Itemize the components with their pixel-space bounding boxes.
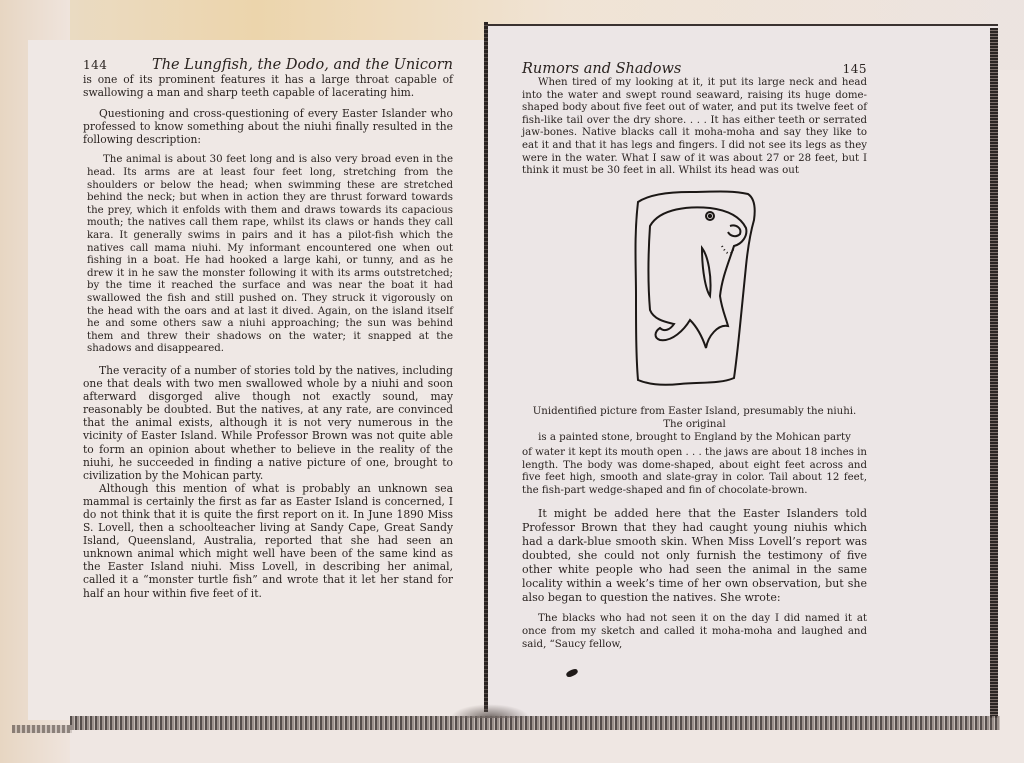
paragraph: The veracity of a number of stories told… <box>83 364 453 482</box>
left-page-header: 144 The Lungfish, the Dodo, and the Unic… <box>83 58 453 73</box>
page-number-left: 144 <box>83 58 107 73</box>
paragraph: Questioning and cross-questioning of eve… <box>83 107 453 146</box>
continuation-paragraph: is one of its prominent features it has … <box>83 73 453 99</box>
right-page-header: Rumors and Shadows 145 <box>522 62 867 77</box>
left-page-content: 144 The Lungfish, the Dodo, and the Unic… <box>83 58 453 600</box>
right-body-top: When tired of my looking at it, it put i… <box>522 77 867 178</box>
right-body-bottom: of water it kept its mouth open . . . th… <box>522 447 867 651</box>
page-edge-right <box>990 28 998 718</box>
paragraph: Although this mention of what is probabl… <box>83 482 453 600</box>
book-gutter <box>484 22 488 712</box>
caption-line-2: is a painted stone, brought to England b… <box>522 432 867 445</box>
block-quote-continued: of water it kept its mouth open . . . th… <box>522 447 867 497</box>
figure-caption: Unidentified picture from Easter Island,… <box>522 406 867 444</box>
caption-line-1: Unidentified picture from Easter Island,… <box>522 406 867 432</box>
block-quote: The blacks who had not seen it on the da… <box>522 613 867 651</box>
running-head-left: The Lungfish, the Dodo, and the Unicorn <box>152 58 453 73</box>
scan-artifact <box>12 725 72 733</box>
block-quote: The animal is about 30 feet long and is … <box>87 154 453 356</box>
block-quote: When tired of my looking at it, it put i… <box>522 77 867 178</box>
painted-stone-illustration-icon <box>630 186 760 391</box>
page-number-right: 145 <box>843 62 867 77</box>
right-page-content: Rumors and Shadows 145 When tired of my … <box>522 62 867 178</box>
paragraph: It might be added here that the Easter I… <box>522 507 867 605</box>
left-body: is one of its prominent features it has … <box>83 73 453 600</box>
running-head-right: Rumors and Shadows <box>522 62 681 77</box>
page-edge-bottom <box>70 716 1000 730</box>
